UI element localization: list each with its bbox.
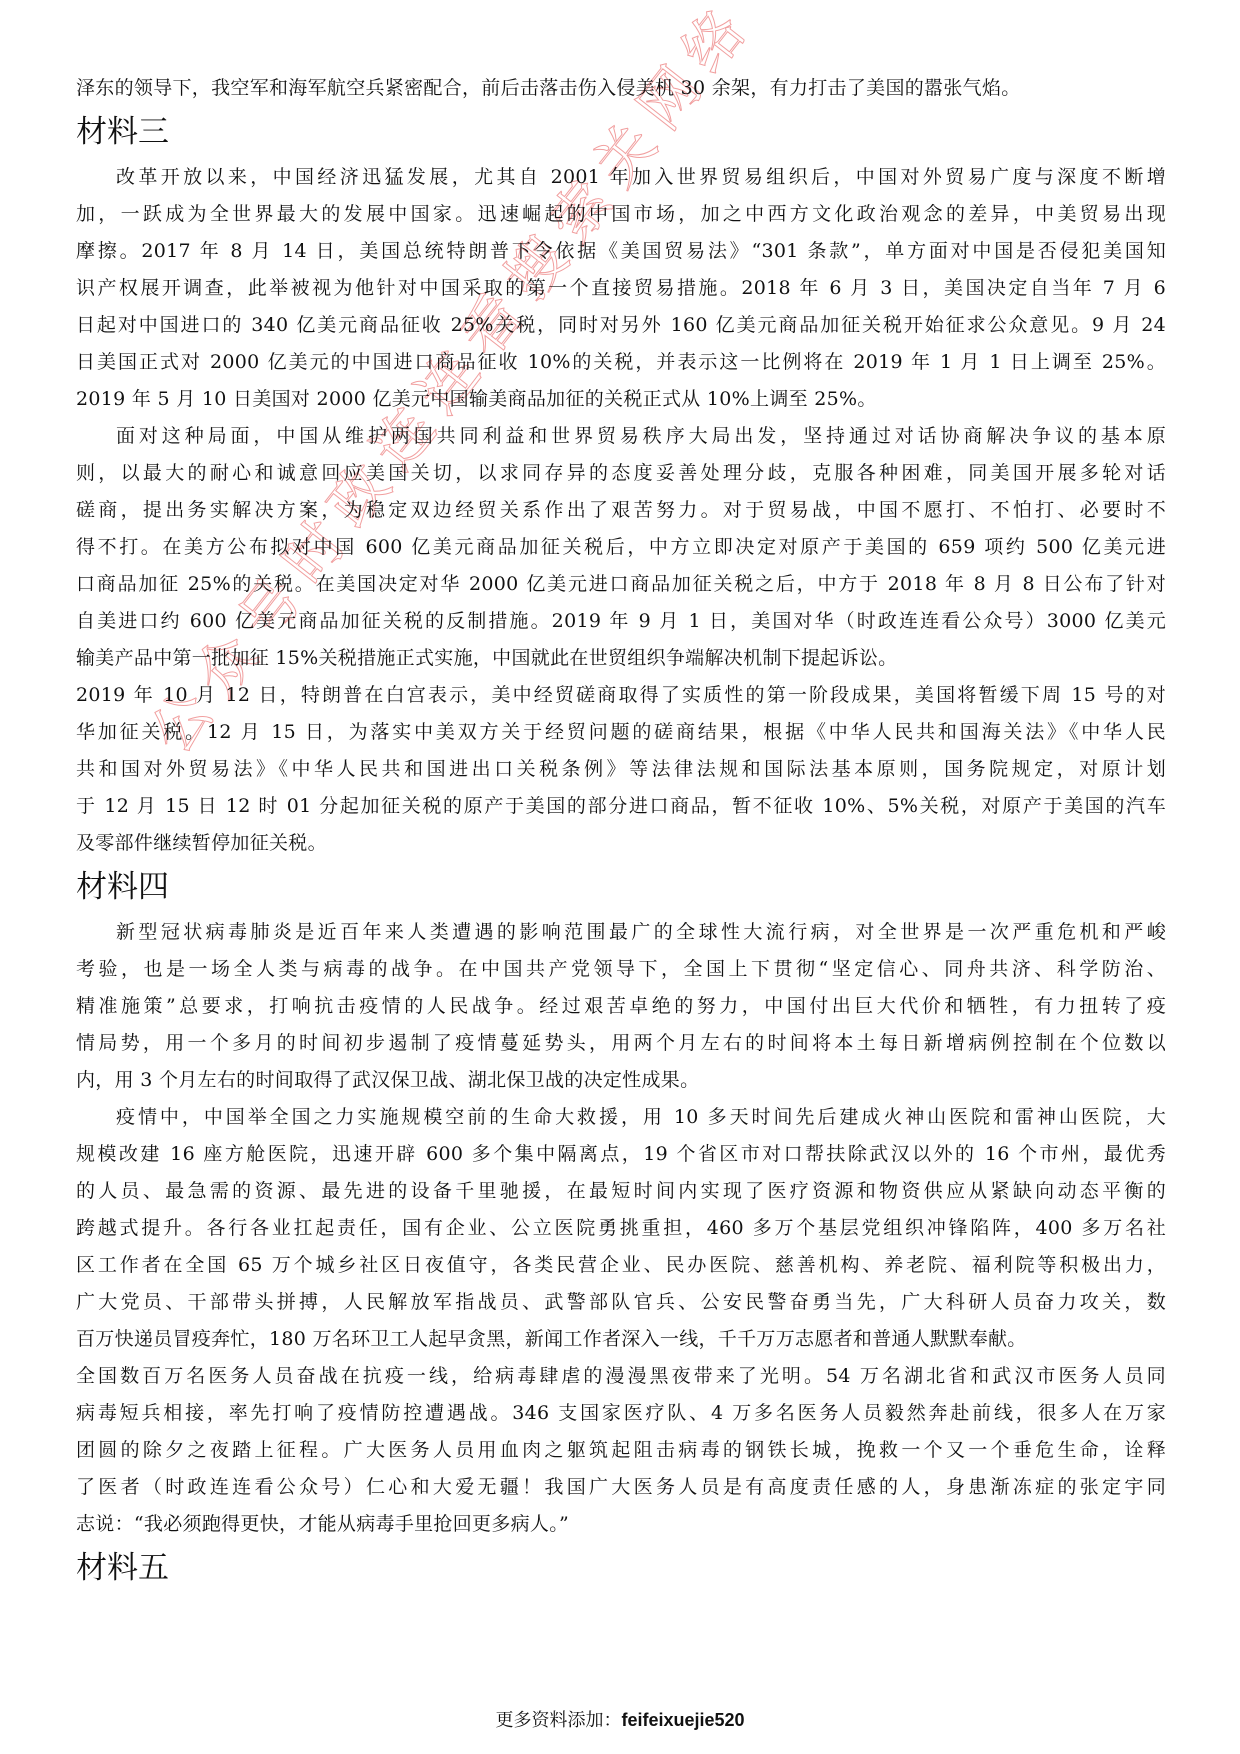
text-line: 志说：“我必须跑得更快，才能从病毒手里抢回更多病人。” [76,1506,1166,1543]
paragraph: 新型冠状病毒肺炎是近百年来人类遭遇的影响范围最广的全球性大流行病，对全世界是一次… [76,914,1166,1099]
text-line: 口商品加征 25%的关税。在美国决定对华 2000 亿美元进口商品加征关税之后，… [76,566,1166,603]
footer-handle: feifeixuejie520 [621,1710,744,1730]
text-line: 摩擦。2017 年 8 月 14 日，美国总统特朗普下令依据《美国贸易法》“30… [76,233,1166,270]
text-line: 2019 年 5 月 10 日美国对 2000 亿美元中国输美商品加征的关税正式… [76,381,1166,418]
text-line: 新型冠状病毒肺炎是近百年来人类遭遇的影响范围最广的全球性大流行病，对全世界是一次… [76,914,1166,951]
text-line: 磋商，提出务实解决方案，为稳定双边经贸关系作出了艰苦努力。对于贸易战，中国不愿打… [76,492,1166,529]
text-line: 识产权展开调查，此举被视为他针对中国采取的第一个直接贸易措施。2018 年 6 … [76,270,1166,307]
text-line: 规模改建 16 座方舱医院，迅速开辟 600 多个集中隔离点，19 个省区市对口… [76,1136,1166,1173]
paragraph: 疫情中，中国举全国之力实施规模空前的生命大救援，用 10 多天时间先后建成火神山… [76,1099,1166,1358]
text-line: 跨越式提升。各行各业扛起责任，国有企业、公立医院勇挑重担，460 多万个基层党组… [76,1210,1166,1247]
text-line: 自美进口约 600 亿美元商品加征关税的反制措施。2019 年 9 月 1 日，… [76,603,1166,640]
paragraph: 面对这种局面，中国从维护两国共同利益和世界贸易秩序大局出发，坚持通过对话协商解决… [76,418,1166,677]
text-line: 情局势，用一个多月的时间初步遏制了疫情蔓延势头，用两个月左右的时间将本土每日新增… [76,1025,1166,1062]
section-heading: 材料四 [76,864,1166,910]
section-heading: 材料三 [76,109,1166,155]
text-line: 华加征关税。12 月 15 日，为落实中美双方关于经贸问题的磋商结果，根据《中华… [76,714,1166,751]
paragraph: 全国数百万名医务人员奋战在抗疫一线，给病毒肆虐的漫漫黑夜带来了光明。54 万名湖… [76,1358,1166,1543]
section-heading: 材料五 [76,1545,1166,1591]
paragraph: 2019 年 10 月 12 日，特朗普在白宫表示，美中经贸磋商取得了实质性的第… [76,677,1166,862]
sections-container: 材料三改革开放以来，中国经济迅猛发展，尤其自 2001 年加入世界贸易组织后，中… [76,109,1166,1591]
text-line: 精准施策”总要求，打响抗击疫情的人民战争。经过艰苦卓绝的努力，中国付出巨大代价和… [76,988,1166,1025]
text-line: 百万快递员冒疫奔忙，180 万名环卫工人起早贪黑，新闻工作者深入一线，千千万万志… [76,1321,1166,1358]
paragraph: 改革开放以来，中国经济迅猛发展，尤其自 2001 年加入世界贸易组织后，中国对外… [76,159,1166,418]
text-line: 日美国正式对 2000 亿美元的中国进口商品征收 10%的关税，并表示这一比例将… [76,344,1166,381]
text-line: 团圆的除夕之夜踏上征程。广大医务人员用血肉之躯筑起阻击病毒的钢铁长城，挽救一个又… [76,1432,1166,1469]
text-line: 考验，也是一场全人类与病毒的战争。在中国共产党领导下，全国上下贯彻“坚定信心、同… [76,951,1166,988]
text-line: 日起对中国进口的 340 亿美元商品征收 25%关税，同时对另外 160 亿美元… [76,307,1166,344]
text-line: 区工作者在全国 65 万个城乡社区日夜值守，各类民营企业、民办医院、慈善机构、养… [76,1247,1166,1284]
text-line: 的人员、最急需的资源、最先进的设备千里驰援，在最短时间内实现了医疗资源和物资供应… [76,1173,1166,1210]
text-line: 广大党员、干部带头拼搏，人民解放军指战员、武警部队官兵、公安民警奋勇当先，广大科… [76,1284,1166,1321]
text-line: 共和国对外贸易法》《中华人民共和国进出口关税条例》等法律法规和国际法基本原则，国… [76,751,1166,788]
text-line: 加，一跃成为全世界最大的发展中国家。迅速崛起的中国市场，加之中西方文化政治观念的… [76,196,1166,233]
text-line: 2019 年 10 月 12 日，特朗普在白宫表示，美中经贸磋商取得了实质性的第… [76,677,1166,714]
text-line: 则，以最大的耐心和诚意回应美国关切，以求同存异的态度妥善处理分歧，克服各种困难，… [76,455,1166,492]
text-line: 改革开放以来，中国经济迅猛发展，尤其自 2001 年加入世界贸易组织后，中国对外… [76,159,1166,196]
text-line: 全国数百万名医务人员奋战在抗疫一线，给病毒肆虐的漫漫黑夜带来了光明。54 万名湖… [76,1358,1166,1395]
footer: 更多资料添加：feifeixuejie520 [0,1706,1240,1732]
text-line: 内，用 3 个月左右的时间取得了武汉保卫战、湖北保卫战的决定性成果。 [76,1062,1166,1099]
text-line: 了医者（时政连连看公众号）仁心和大爱无疆！我国广大医务人员是有高度责任感的人，身… [76,1469,1166,1506]
text-line: 疫情中，中国举全国之力实施规模空前的生命大救援，用 10 多天时间先后建成火神山… [76,1099,1166,1136]
text-line: 泽东的领导下，我空军和海军航空兵紧密配合，前后击落击伤入侵美机 30 余架，有力… [76,70,1166,107]
text-line: 及零部件继续暂停加征关税。 [76,825,1166,862]
footer-label: 更多资料添加： [495,1710,621,1731]
document-page: 泽东的领导下，我空军和海军航空兵紧密配合，前后击落击伤入侵美机 30 余架，有力… [76,70,1166,1595]
text-line: 面对这种局面，中国从维护两国共同利益和世界贸易秩序大局出发，坚持通过对话协商解决… [76,418,1166,455]
text-line: 病毒短兵相接，率先打响了疫情防控遭遇战。346 支国家医疗队、4 万多名医务人员… [76,1395,1166,1432]
text-line: 于 12 月 15 日 12 时 01 分起加征关税的原产于美国的部分进口商品，… [76,788,1166,825]
text-line: 得不打。在美方公布拟对中国 600 亿美元商品加征关税后，中方立即决定对原产于美… [76,529,1166,566]
text-line: 输美产品中第一批加征 15%关税措施正式实施，中国就此在世贸组织争端解决机制下提… [76,640,1166,677]
